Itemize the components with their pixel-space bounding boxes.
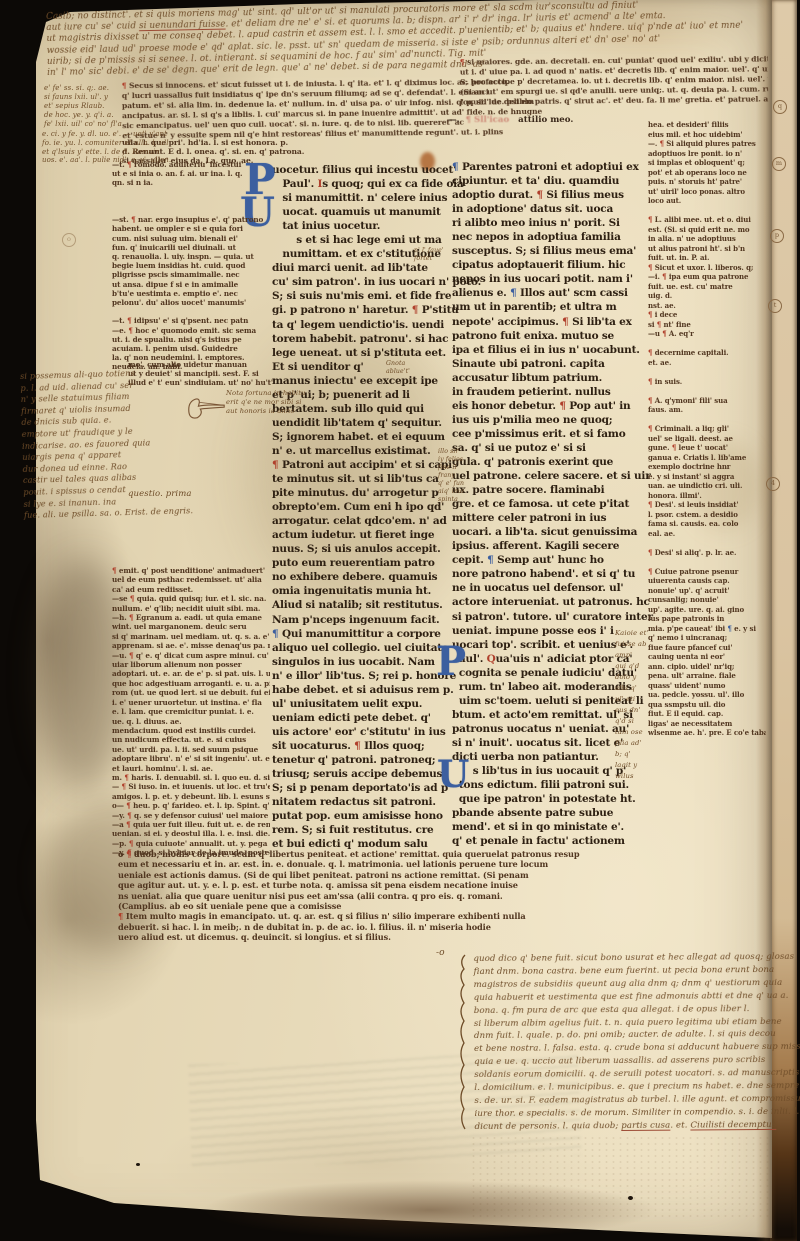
red-paraph-mark: ¶ bbox=[648, 310, 652, 319]
manicule-note: Nota fortuna in habituerit q'e ne mor si… bbox=[226, 389, 354, 416]
text-line: iy felios bbox=[438, 456, 486, 464]
text-line: te minutus sit. ut si lib'tus ca bbox=[272, 472, 454, 486]
text-line: cu' sim patron'. in ius uocari n' poto. bbox=[272, 275, 454, 289]
blue-paraph-mark: ¶ bbox=[452, 161, 458, 173]
blue-paraph-mark: ¶ bbox=[272, 628, 278, 640]
edge-mark: 4 bbox=[766, 477, 780, 491]
text-line: um ut in parentib; et ultra m bbox=[452, 300, 640, 314]
red-paraph-mark: I bbox=[318, 178, 323, 190]
text-line: fe' lxii. uil' co' no' fl'a bbox=[44, 120, 184, 129]
text-line: que ipe patron' in potestate ht. bbox=[452, 792, 640, 806]
text-line: ¶ Desi'. si leuis insidiat' bbox=[648, 500, 766, 510]
text-line: ¶ A. q'ymoni' fili' sua bbox=[648, 396, 766, 406]
text-line: ¶ Item multo magis in emancipato. ut. q.… bbox=[118, 911, 768, 921]
gutter-note: Gnotaablue't' bbox=[386, 360, 446, 375]
text-line: tat inius uocetur. bbox=[272, 219, 454, 233]
text-line: ue. ut' urdi. pa. l. ii. sed suum psique bbox=[112, 745, 270, 754]
text-line: actum iudetur. ut fieret inge bbox=[272, 528, 454, 542]
red-paraph-mark: ¶ bbox=[412, 304, 418, 316]
text-line: ¶ Desi' si aliq'. p. lr. ae. bbox=[648, 548, 766, 558]
text-line: in fraudem petierint. nullus bbox=[452, 385, 640, 399]
text-line: uiar liborum alienum non posser bbox=[112, 660, 270, 669]
text-column-left: P U uocetur. filius qui incestu uocet' P… bbox=[272, 163, 454, 851]
ink-speck bbox=[628, 1196, 633, 1200]
column2-side-note: Kaioie et'fuisse abamp'qui q'ddolo yalbi… bbox=[615, 628, 689, 782]
text-line: —st. ¶ nar. ergo insupius e'. q' patrono bbox=[112, 215, 270, 224]
text-line: —se ¶ quia. quid quisq; iur. et l. sic. … bbox=[112, 594, 270, 603]
text-line: ¶ Parentes patroni et adoptiui ex bbox=[452, 160, 640, 174]
text-line: btum. et acto'em remittat. ul' si bbox=[452, 708, 640, 722]
text-line: illo sir bbox=[438, 448, 486, 456]
red-paraph-mark: ¶ bbox=[131, 215, 135, 224]
parchment-follicle-texture bbox=[470, 1135, 770, 1220]
text-line: —i. ¶ ipa eum qua patrone bbox=[648, 272, 766, 282]
text-line: ablue't' bbox=[386, 368, 446, 376]
text-line: dicunt de personis. l. quia duob; partis… bbox=[475, 1119, 767, 1134]
text-line: ¶ Cuiue patrone psenur bbox=[648, 567, 766, 577]
red-paraph-mark: ¶ bbox=[559, 400, 565, 412]
red-paraph-mark: ¶ bbox=[129, 839, 133, 848]
text-line: pbande absente patre subue bbox=[452, 806, 640, 820]
text-line bbox=[112, 188, 270, 197]
text-line: —. ¶ Si aliquid plures patres bbox=[648, 139, 766, 149]
text-line: amp' bbox=[615, 650, 689, 661]
text-line: l. psor. cstem. a desidio bbox=[648, 510, 766, 520]
text-line: habe debet. et si aduisus rem p. bbox=[272, 683, 454, 697]
text-line: patrono fuit enixa. mutuo se bbox=[452, 329, 640, 343]
text-line: uel de eum psthac redemisset. ut' alia bbox=[112, 575, 270, 584]
text-line bbox=[112, 197, 270, 206]
text-line: si patron'. tutore. ul' curatore inter bbox=[452, 610, 640, 624]
text-line: adoptiuos lre ponit. io n' bbox=[648, 149, 766, 159]
left-margin-gloss-lower: ¶ emit. q' post uenditione' animaduert'u… bbox=[112, 566, 270, 858]
red-paraph-mark: ¶ bbox=[460, 58, 465, 67]
red-paraph-mark: ¶ bbox=[562, 316, 568, 328]
text-line: ut' uiril' loco ponas. altro bbox=[648, 187, 766, 197]
text-line: triusq; seruis accipe debemus. bbox=[272, 767, 454, 781]
text-line: spinta bbox=[438, 496, 486, 504]
text-line: dicti uerba non patiantur. bbox=[452, 750, 640, 764]
text-line: et lauri. hominu'. l. si. ae. bbox=[112, 764, 270, 773]
text-line: ns ueniat. alia que quare uenitur nisi p… bbox=[118, 891, 768, 901]
text-line: e. l. lam. que cremicitur puniat. i. e. bbox=[112, 707, 270, 716]
text-line: qui q'd bbox=[615, 661, 689, 672]
text-line: ut alius patroni ht'. si b'n bbox=[648, 244, 766, 254]
text-line: omia ingenuitatis munia ht. bbox=[272, 584, 454, 598]
text-line: fuit. ut. in. P. ai. bbox=[648, 253, 766, 263]
blue-paraph-mark: ¶ bbox=[727, 624, 731, 633]
text-line: S; ignorem habet. et ei equum bbox=[272, 430, 454, 444]
edge-mark: p bbox=[770, 229, 784, 243]
text-line: Kaioie et' bbox=[615, 628, 689, 639]
text-line: —t. ¶ idipsu' e' si q'psent. nec patn bbox=[112, 316, 270, 325]
text-line: lus pape patronis in bbox=[648, 614, 766, 624]
text-line: ne in uocatus uel defensor. ul' bbox=[452, 581, 640, 595]
text-line: uocari. a lib'ta. sicut genuissima bbox=[452, 525, 640, 539]
red-paraph-mark: ¶ bbox=[660, 139, 664, 148]
text-line: aiq' imo bbox=[438, 488, 486, 496]
text-line: hea. et desideri' filiis bbox=[648, 120, 766, 130]
text-line: uis actore' eor' c'stitutu' in ius bbox=[272, 725, 454, 739]
text-line: uan. ae uindictio cri. uli. bbox=[648, 481, 766, 491]
text-line: cepit. ¶ Semp aut' hunc ho bbox=[452, 553, 640, 567]
text-line bbox=[648, 415, 766, 425]
text-line: ca' ad eum rediisset. bbox=[112, 585, 270, 594]
text-line: q'd si bbox=[615, 716, 689, 727]
red-paraph-mark: ¶ bbox=[657, 320, 661, 329]
text-line: si implas et obloquent' q; bbox=[648, 158, 766, 168]
red-paraph-mark: ¶ bbox=[126, 849, 131, 859]
text-line bbox=[648, 339, 766, 349]
red-paraph-mark: ¶ bbox=[672, 443, 676, 452]
text-line: sit uocaturus. ¶ Illos quoq; bbox=[272, 739, 454, 753]
text-line: q. renauolia. l. uiy. inspn. — quia. ut bbox=[112, 252, 270, 261]
text-line: ¶ Patroni aut accipim' et si capi bbox=[272, 458, 454, 472]
red-paraph-mark: ¶ bbox=[648, 396, 652, 405]
text-line: —h. ¶ Egranum a. eadi. ut quia emane bbox=[112, 613, 270, 622]
text-column-right: P U ¶ Parentes patroni et adoptiui excip… bbox=[452, 160, 640, 848]
text-line: pelonu'. du' alios uocet' manumis' bbox=[112, 298, 270, 307]
text-line: un nudicum effecta. ut. e. si cuius bbox=[112, 735, 270, 744]
text-line: si manumittit. n' celere inius bbox=[272, 191, 454, 205]
text-line: nec nepos in adoptiua familia bbox=[452, 230, 640, 244]
text-line: mittere celer patroni in ius bbox=[452, 511, 640, 525]
text-line: S; si suis nu'mis emi. et fide fre bbox=[272, 289, 454, 303]
text-line: eum et necessariu et in. ar. est. in. e.… bbox=[118, 859, 768, 869]
text-line: s et si hac lege emi ut ma bbox=[272, 233, 454, 247]
text-line: patronus uocatus n' ueniat. au' bbox=[452, 722, 640, 736]
text-line: m. ¶ haris. I. denuabil. si. l. quo eu. … bbox=[112, 773, 270, 782]
edge-mark: o bbox=[62, 233, 76, 247]
text-line: lege ueneat. ut si p'stituta eet. bbox=[272, 346, 454, 360]
text-line: in adoptione' datus sit. uoca bbox=[452, 202, 640, 216]
text-line: ut ansa. dipue f si e in amimalle bbox=[112, 280, 270, 289]
text-line: cognita se penale iudiciu' datu' bbox=[452, 666, 640, 680]
text-line: amigos. l. p. et. y debeunt. lib. l. esu… bbox=[112, 792, 270, 801]
text-line: que agitur aut. ut. y. e. l. p. est. et … bbox=[118, 880, 768, 890]
text-line: ¶ L. alibi mee. ut. et o. diui bbox=[648, 215, 766, 225]
text-line: puis. n' storuis ht' patre' bbox=[648, 177, 766, 187]
text-line: cee p'missimus erit. et si famo bbox=[452, 427, 640, 441]
gutter-note: illo siriy feliosfine ilfranyq' e' funai… bbox=[438, 448, 486, 504]
text-line: adoptare libru'. n' e' si sit ingeniu'. … bbox=[112, 754, 270, 763]
text-line: gi. p patrono n' haretur. ¶ P'stitu bbox=[272, 303, 454, 317]
text-line: fuit. ue. est. cu' matre bbox=[648, 282, 766, 292]
text-line: cum. nisi suluag uim. bienali ei' bbox=[112, 234, 270, 243]
text-line: habent. ue ompler e si e quia fori bbox=[112, 224, 270, 233]
text-line: uocetur. filius qui incestu uocet' bbox=[272, 163, 454, 177]
red-paraph-mark: ¶ bbox=[129, 651, 133, 660]
text-line: ¶ decernime capitali. bbox=[648, 348, 766, 358]
text-line: ueniam edicti pete debet. q' bbox=[272, 711, 454, 725]
book-fore-edge bbox=[770, 0, 797, 1241]
ink-span: Ciuilisti decemptus bbox=[690, 1120, 776, 1131]
text-line: ¶ Sicut et uxor. l. liberos. q; bbox=[648, 263, 766, 273]
text-line: si ¶ nt' fine bbox=[648, 320, 766, 330]
text-line: exemplo doctrine hnr bbox=[648, 462, 766, 472]
ink-span: si uenundari fuisse bbox=[139, 20, 226, 32]
text-line: up'. agite. ure. q. ai. gino bbox=[648, 605, 766, 615]
text-line: albi q' bbox=[615, 683, 689, 694]
text-line: ¶ in suis. bbox=[648, 377, 766, 387]
text-line: ul' eti bbox=[615, 694, 689, 705]
red-paraph-mark: ¶ bbox=[126, 801, 130, 810]
left-marginalia-top: e' fe' ss. si. q;. ae.si fauns lxii. ul'… bbox=[44, 84, 184, 129]
text-line: putat pop. eum amisisse hono bbox=[272, 809, 454, 823]
bottom-gloss: o ¶ duob; modis corpore. scdm q' libertu… bbox=[118, 849, 768, 943]
text-line: rom (ut. ue quod lert. si ue debuit. fui… bbox=[112, 688, 270, 697]
text-line: puto eum reuerentiam patro bbox=[272, 556, 454, 570]
text-line: uero aliud est. ut dicemus. q. deuincit.… bbox=[118, 932, 768, 942]
text-line: o— ¶ heu. p. q' farideo. et. l. ip. Spin… bbox=[112, 801, 270, 810]
text-line: honora. illmi'. bbox=[648, 491, 766, 501]
text-line: et q'lsuis y' ette. l. de fi. Romain bbox=[42, 148, 257, 157]
text-line: pot' et ab operans loco ne bbox=[648, 168, 766, 178]
text-line: Aliud si natalib; sit restitutus. bbox=[272, 598, 454, 612]
text-line: que hoc adgestiuam arroganti. e. u. a. p… bbox=[112, 679, 270, 688]
text-line: debuerit. si hac. l. in meib;. n de dubi… bbox=[118, 922, 768, 932]
text-line: e. y si instant' si aggra bbox=[648, 472, 766, 482]
text-line: singulos in ius uocabit. Nam bbox=[272, 655, 454, 669]
text-line: nore patrono habend'. et si q' tu bbox=[452, 567, 640, 581]
manuscript-photo: Casib; no distinct'. et si quis moriens … bbox=[0, 0, 800, 1241]
text-line: wilus bbox=[615, 771, 689, 782]
manicule-icon bbox=[186, 392, 228, 432]
text-line: ¶ Qui manumittitur a corpore bbox=[272, 627, 454, 641]
text-line: est. (Si. si quid erit ne. mo bbox=[648, 225, 766, 235]
red-paraph-mark: ¶ bbox=[662, 329, 666, 338]
text-line: eius mil. et hoc uidebim' bbox=[648, 130, 766, 140]
text-line: fortet' bbox=[414, 255, 474, 263]
text-line: uel' se ligali. deest. ae bbox=[648, 434, 766, 444]
red-paraph-mark: ¶ bbox=[648, 567, 652, 576]
illuminated-initial-u: U bbox=[437, 756, 469, 793]
text-line: uim sc'toem. ueluti si peniteat li bbox=[452, 694, 640, 708]
text-line: ut e si inia o. an. f. ai. ur ina. l. q. bbox=[112, 169, 270, 178]
red-paraph-mark: ¶ bbox=[127, 160, 131, 169]
text-line: —p. ¶ quia cuiuote' annualit. ut. y. peg… bbox=[112, 839, 270, 848]
text-line: rem. S; si fuit restitutus. cre bbox=[272, 823, 454, 837]
red-paraph-mark: ¶ bbox=[122, 782, 126, 791]
text-line: Sinaute ubi patroni. capita bbox=[452, 357, 640, 371]
text-line: ¶ i dece bbox=[648, 310, 766, 320]
text-line: ueniat. impune posse eos i' i bbox=[452, 624, 640, 638]
red-paraph-mark: ¶ bbox=[127, 316, 131, 325]
text-line: tenetur q' patroni. patroneq; bbox=[272, 753, 454, 767]
red-paraph-mark: ¶ bbox=[129, 613, 133, 622]
text-line: adoptari. ut. e. ar. de e' p. si pat. ui… bbox=[112, 669, 270, 678]
text-line: b'tu'e uestimta e. emptio e'. nec bbox=[112, 289, 270, 298]
text-line: tons edictum. filii patroni sui. bbox=[452, 778, 640, 792]
text-line: susceptus. S; si filius meus ema' bbox=[452, 244, 640, 258]
ink-speck bbox=[136, 1163, 140, 1166]
red-paraph-mark: ¶ bbox=[648, 215, 652, 224]
text-line: eal. ae. bbox=[648, 529, 766, 539]
text-line: uiuerenta causis cap. bbox=[648, 576, 766, 586]
red-paraph-mark: ¶ bbox=[648, 500, 652, 509]
text-line: torem habebit. patronu'. si hac bbox=[272, 332, 454, 346]
text-line: —e. ¶ hoc e' quomodo emit. sic sema bbox=[112, 326, 270, 335]
questio-note: questio. prima bbox=[128, 489, 248, 499]
text-line: lagit y bbox=[615, 760, 689, 771]
text-line bbox=[648, 367, 766, 377]
text-line: loco aut. bbox=[648, 196, 766, 206]
red-paraph-mark: ¶ bbox=[354, 740, 360, 752]
text-line: si fauns lxii. ul'. y bbox=[44, 93, 184, 102]
text-line: questio. prima bbox=[128, 489, 248, 499]
blue-paraph-mark: ¶ bbox=[487, 554, 493, 566]
text-line: e' fe' ss. si. q;. ae. bbox=[44, 84, 184, 93]
text-line: ¶ emit. q' post uenditione' animaduert' bbox=[112, 566, 270, 575]
text-line: rum. tn' labeo ait. moderandis bbox=[452, 680, 640, 694]
annotation-bracket-icon bbox=[456, 953, 468, 1137]
text-line: e. ci. y fe. y. dl. uo. e'. — uet' y'ant bbox=[42, 130, 257, 139]
text-line: ta q' legem uendictio'is. uendi bbox=[272, 318, 454, 332]
text-line: ¶ Criminali. a liq; gli' bbox=[648, 424, 766, 434]
text-line: dolo y bbox=[615, 672, 689, 683]
text-line: uocat. quamuis ut manumit bbox=[272, 205, 454, 219]
red-paraph-mark: ¶ bbox=[648, 263, 652, 272]
text-line: filia ad' bbox=[615, 738, 689, 749]
red-paraph-mark: ¶ bbox=[662, 272, 666, 281]
text-line: nuus. S; si uis anulos accepit. bbox=[272, 542, 454, 556]
text-line: n' e illor' lib'tus. S; rei p. honore bbox=[272, 669, 454, 683]
text-line: mend'. et si in qo ministate e'. bbox=[452, 820, 640, 834]
text-line: no exhibere debere. quamuis bbox=[272, 570, 454, 584]
text-line: — ¶ Si iuso. in. et iuuenis. ut loc. et … bbox=[112, 782, 270, 791]
text-line: uig. d. bbox=[648, 291, 766, 301]
text-line: (Camplius. ab eo sit ueniale pene que a … bbox=[118, 901, 768, 911]
text-line: —u ¶ A. eq'r bbox=[648, 329, 766, 339]
text-line: tam ose bbox=[615, 727, 689, 738]
text-line: begie luem insidias ht. cuid. quod bbox=[112, 261, 270, 270]
text-line: i. e' uener uruortetur. ut instina. e' f… bbox=[112, 698, 270, 707]
text-line: nonuie' up'. q' acruit' bbox=[648, 586, 766, 596]
red-paraph-mark: ¶ bbox=[118, 911, 123, 921]
text-line: s lib'tus in ius uocauit q' p' bbox=[452, 764, 640, 778]
text-line: de hoc. ye. y. q'i. a. bbox=[44, 111, 184, 120]
text-line: et. ae. bbox=[648, 358, 766, 368]
text-line: —a ¶ quia uer fuit illeu. fuit ut. e. de… bbox=[112, 820, 270, 829]
text-line bbox=[648, 538, 766, 548]
text-line: cipiuntur. et ta' diu. quamdiu bbox=[452, 174, 640, 188]
text-line: diui marci uenit. ad lib'tate bbox=[272, 261, 454, 275]
text-line: cunsanlig; nonuie' bbox=[648, 595, 766, 605]
text-line: S; si p penam deportato'is ad p bbox=[272, 781, 454, 795]
red-paraph-mark: Q bbox=[487, 653, 496, 665]
text-line: nst. ae. bbox=[648, 301, 766, 311]
text-line: fo. ie. yu. l. comuniter et ulla. l. ull bbox=[42, 139, 257, 148]
text-line bbox=[648, 557, 766, 567]
text-line: qn. si n ia. bbox=[112, 178, 270, 187]
red-paraph-mark: ¶ bbox=[128, 326, 132, 335]
text-line: manus iniectu' ee excepit ipe bbox=[272, 374, 454, 388]
text-line: Gnota bbox=[386, 360, 446, 368]
text-line bbox=[648, 206, 766, 216]
text-line: mendacium. quod est instilis curdei. bbox=[112, 726, 270, 735]
text-line: ueniale est actionis damus. (Si de qui l… bbox=[118, 870, 768, 880]
edge-mark: q bbox=[773, 100, 787, 114]
text-line: fuisse ab bbox=[615, 639, 689, 650]
ink-span: partis cusa bbox=[621, 1120, 670, 1130]
text-line: fama si. causis. ea. colo bbox=[648, 519, 766, 529]
text-line: nepos in ius uocari potit. nam i' bbox=[452, 272, 640, 286]
text-line: cipatus adoptauerit filium. hic bbox=[452, 258, 640, 272]
text-line: apprenam. si ae. e'. misse denaq'us pa. … bbox=[112, 641, 270, 650]
ink-span: ¶ Sll'icao bbox=[466, 115, 510, 125]
text-line: nepote' accipimus. ¶ Si lib'ta ex bbox=[452, 315, 640, 329]
text-line: alienus e. ¶ Illos aut' scm cassi bbox=[452, 286, 640, 300]
text-line: wint. uel marganonem. deuic seru bbox=[112, 622, 270, 631]
text-line: et' sepius Rlaub. bbox=[44, 102, 184, 111]
left-margin-gloss-upper: —t. ¶ romodo. adulteriu' incestui'ut e s… bbox=[112, 160, 270, 372]
text-line: aut honoris ia anno bbox=[226, 407, 354, 416]
text-line: in alia. n' ue adoptiuus bbox=[648, 234, 766, 244]
text-line: faus. am. bbox=[648, 405, 766, 415]
text-line: adoptio durat. ¶ Si filius meus bbox=[452, 188, 640, 202]
text-line: q' e' fun bbox=[438, 480, 486, 488]
text-line: o ¶ duob; modis corpore. scdm q' libertu… bbox=[118, 849, 768, 859]
text-line: Paul'. Is quoq; qui ex ca fide oia bbox=[272, 177, 454, 191]
text-line: eis honor debetur. ¶ Pop aut' in bbox=[452, 399, 640, 413]
text-line: —u. ¶ q' e. q' dicat cum aspre minui. cu… bbox=[112, 651, 270, 660]
text-line: gune. ¶ leue t' uocat' bbox=[648, 443, 766, 453]
red-paraph-mark: ¶ bbox=[124, 773, 128, 782]
upper-gloss-right: ¶ si maiores. gde. an. decretali. en. cu… bbox=[460, 54, 769, 107]
text-line: obrepto'em. Cum eni h ipo qd' bbox=[272, 500, 454, 514]
text-line: frany bbox=[438, 472, 486, 480]
edge-mark: t bbox=[768, 299, 782, 313]
text-line: ipsius. afferent. Kagili secere bbox=[452, 539, 640, 553]
red-paraph-mark: ¶ bbox=[648, 424, 652, 433]
text-line: ri alibto meo inius n' porit. Si bbox=[452, 216, 640, 230]
text-line: ganua e. Criatis l. lib'ame bbox=[648, 453, 766, 463]
text-line: actore interueniat. ut patronus. hc bbox=[452, 595, 640, 609]
illuminated-initial-p: P bbox=[436, 642, 466, 682]
edge-mark: m bbox=[772, 157, 786, 171]
red-paraph-mark: ¶ bbox=[112, 566, 116, 575]
red-paraph-mark: ¶ bbox=[272, 459, 278, 471]
text-line: uendidit lib'tatem q' sequitur. bbox=[272, 416, 454, 430]
text-line bbox=[112, 206, 270, 215]
text-line: fine il bbox=[438, 464, 486, 472]
text-line: accusatur libtum patrium. bbox=[452, 371, 640, 385]
text-line: b; q' bbox=[615, 749, 689, 760]
text-line: erit q'e ne mor sibi si bbox=[226, 398, 354, 407]
text-line: nitatem redactus sit patroni. bbox=[272, 795, 454, 809]
text-line: Nota fortuna in habitu bbox=[226, 389, 354, 398]
text-line: aliquo uel collegio. uel ciuitate bbox=[272, 641, 454, 655]
gutter-note: n' l' faue'fortet' bbox=[414, 247, 474, 262]
text-line: nullum. e' q'lib; necidit uiuit sibi. ma… bbox=[112, 604, 270, 613]
red-paraph-mark: ¶ bbox=[648, 348, 652, 357]
red-paraph-mark: ¶ bbox=[648, 548, 652, 557]
text-line: si q' marinam. uel mediam. ut. q. s. a. … bbox=[112, 632, 270, 641]
bottom-cursive-annotation: quod dico q' bene fuit. sicut bono usura… bbox=[473, 951, 766, 1134]
text-line: ius uis p'milia meo ne quoq; bbox=[452, 413, 640, 427]
text-line: n' l' faue' bbox=[414, 247, 474, 255]
text-line: si n' inuit'. uocatus sit. licet e' bbox=[452, 736, 640, 750]
text-line: pligrisse pscis simamimalle. nec bbox=[112, 270, 270, 279]
red-paraph-mark: ¶ bbox=[536, 189, 542, 201]
text-line: ue. q. l. diuus. ae. bbox=[112, 717, 270, 726]
text-line: aul'. Qua'uis n' adiciat ptor ca' bbox=[452, 652, 640, 666]
blue-paraph-mark: ¶ bbox=[510, 287, 516, 299]
text-line bbox=[112, 307, 270, 316]
text-line: Nam p'nceps ingenuum facit. bbox=[272, 613, 454, 627]
text-line: —t. ¶ romodo. adulteriu' incestui' bbox=[112, 160, 270, 169]
text-line: fun. q' inuicarili uel diuinali. ut bbox=[112, 243, 270, 252]
